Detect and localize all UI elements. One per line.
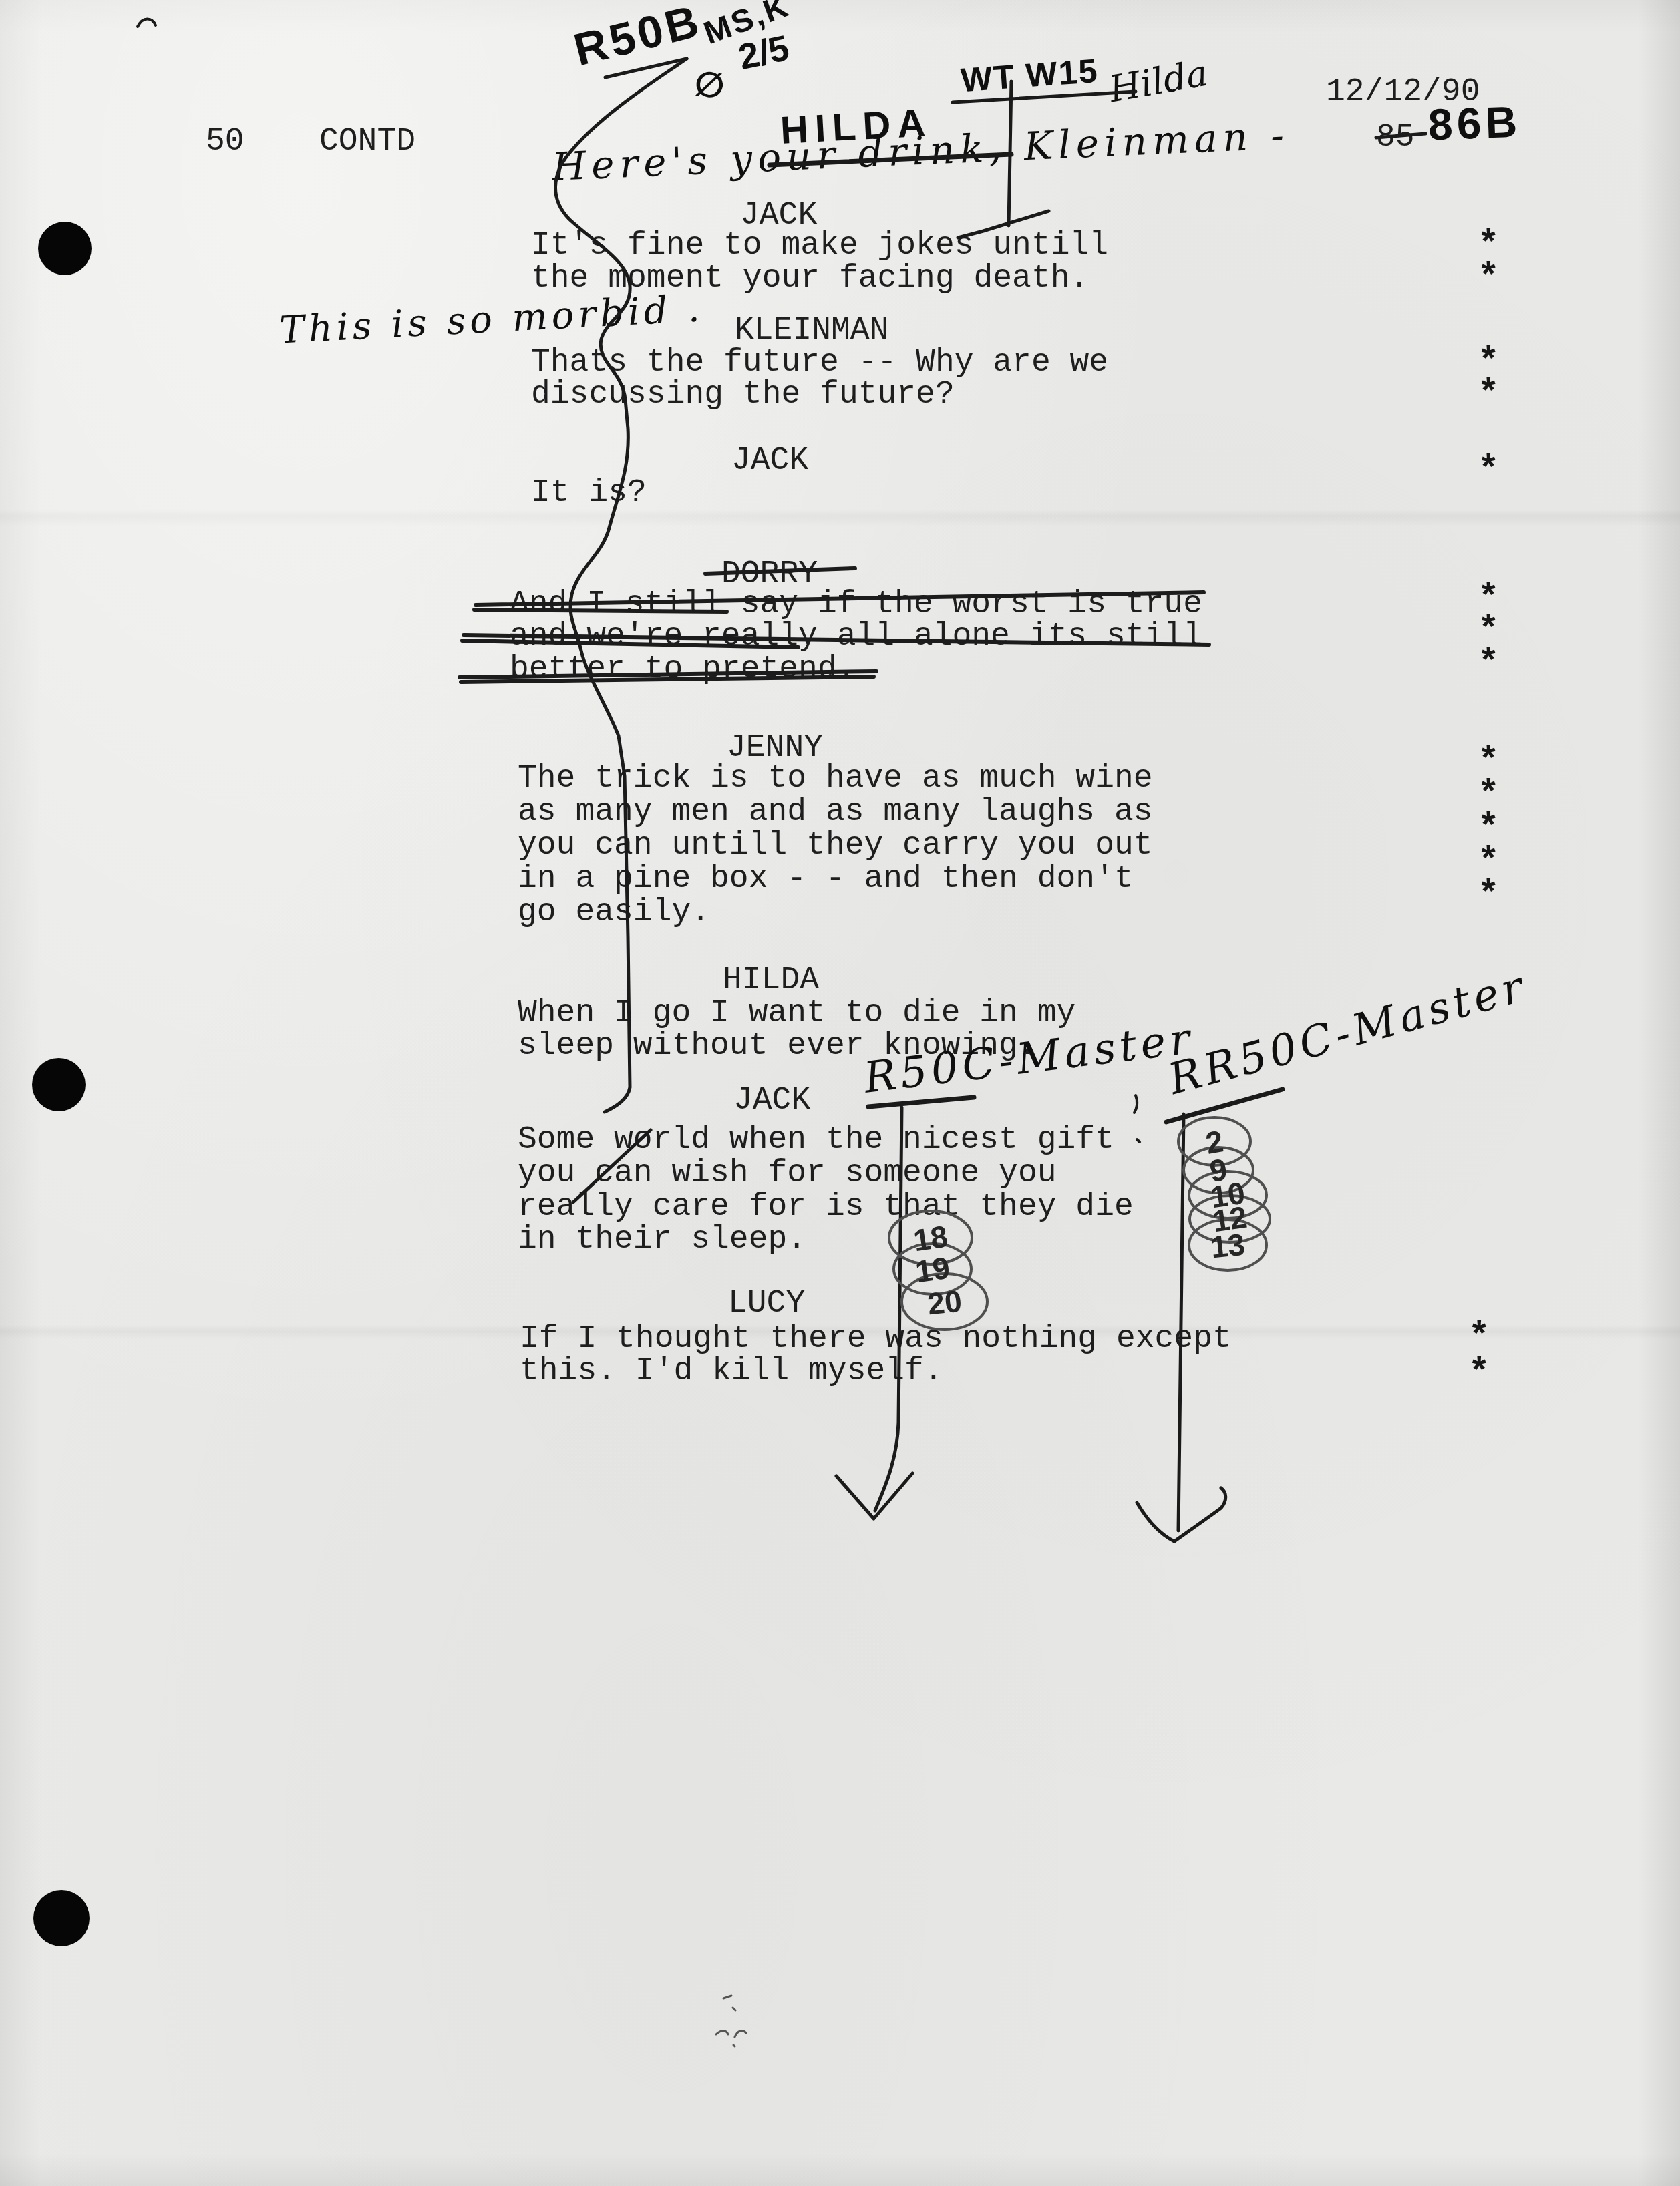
hilda-cursive-note: Hilda (1106, 52, 1211, 111)
hole-punch (33, 1890, 90, 1946)
dialogue-line: go easily. (518, 896, 710, 929)
revision-asterisk: * (1468, 1320, 1490, 1356)
stray-mark (138, 19, 156, 27)
dialogue-line: When I go I want to die in my (518, 997, 1075, 1030)
dialogue-line-struck: and we're really all alone its still (510, 620, 1202, 653)
character-heading: LUCY (728, 1288, 805, 1320)
rr50c-take-arrowhead (1174, 1488, 1226, 1541)
character-heading: JACK (733, 1085, 810, 1117)
serpentine-cut-line (555, 59, 687, 1112)
dialogue-line-struck: better to pretend. (510, 653, 856, 686)
take-number-circle (1184, 1147, 1253, 1193)
r50c-take-arrowhead (836, 1473, 912, 1519)
dialogue-line: It is? (531, 477, 647, 510)
dialogue-line: in a pine box - - and then don't (518, 863, 1134, 896)
stray-tick (1137, 1139, 1140, 1142)
dialogue-line: It's fine to make jokes untill (531, 230, 1108, 262)
wt-w15-note: WT W15 (959, 51, 1100, 100)
camera-setup-note-r50b: R50B (568, 0, 707, 76)
script-page: 50 CONTD 12/12/90 85 86B JACK It's fine … (0, 0, 1680, 2186)
revision-asterisk: * (1478, 260, 1499, 297)
take-number-circle (1189, 1171, 1267, 1218)
ink-speck (723, 1996, 731, 1998)
dialogue-line: the moment your facing death. (531, 262, 1089, 295)
revision-asterisk: * (1478, 453, 1499, 489)
stray-tick (1134, 1095, 1137, 1113)
contd-label: CONTD (319, 126, 415, 158)
scene-number: 50 (206, 126, 244, 158)
dialogue-line: you can untill they carry you out (518, 830, 1153, 862)
dialogue-line: this. I'd kill myself. (520, 1355, 943, 1388)
take-number: 12 (1210, 1200, 1249, 1239)
dialogue-line: The trick is to have as much wine (518, 763, 1153, 795)
revision-asterisk: * (1478, 646, 1499, 682)
dialogue-line: Thats the future -- Why are we (531, 347, 1108, 379)
character-heading: KLEINMAN (735, 315, 888, 347)
take-number: 13 (1209, 1226, 1246, 1264)
dialogue-line: as many men and as many laughs as (518, 796, 1153, 829)
rr50c-master-note: RR50C-Master (1164, 962, 1532, 1105)
character-heading: JACK (731, 445, 808, 478)
character-heading: HILDA (723, 964, 819, 997)
take-number-circle (1190, 1196, 1270, 1242)
null-symbol-note: ∅ (692, 63, 727, 108)
dialogue-line: in their sleep. (518, 1224, 806, 1256)
dialogue-line: discussing the future? (531, 379, 955, 411)
revision-asterisk: * (1478, 377, 1499, 413)
dialogue-line: you can wish for someone you (518, 1157, 1057, 1190)
ink-speck (733, 2045, 735, 2046)
hole-punch (38, 222, 92, 275)
hole-punch (32, 1058, 86, 1111)
take-number: 20 (926, 1283, 963, 1321)
page-number-handwritten: 86B (1427, 96, 1522, 150)
page-number-struck: 85 (1376, 122, 1415, 154)
revision-asterisk: * (1468, 1356, 1490, 1392)
take-number: 2 (1203, 1123, 1226, 1161)
take-number-circle (1178, 1117, 1250, 1165)
character-heading: JENNY (727, 732, 823, 765)
ink-speck (716, 2031, 728, 2034)
dialogue-line: Some world when the nicest gift (518, 1124, 1114, 1157)
dialogue-line-struck: And I still say if the worst is true (510, 588, 1202, 621)
take-number-circle (1189, 1220, 1267, 1270)
take-number: 9 (1208, 1151, 1230, 1188)
take-number-circle (894, 1244, 971, 1294)
dialogue-line: really care for is that they die (518, 1191, 1134, 1224)
morbid-note: This is so morbid . (279, 287, 705, 352)
ink-speck (733, 2008, 735, 2010)
take-number: 10 (1208, 1175, 1247, 1215)
revision-asterisk: * (1478, 878, 1499, 914)
take-number: 19 (913, 1250, 952, 1290)
ink-speck (735, 2031, 746, 2037)
dialogue-line: If I thought there was nothing except (520, 1323, 1232, 1356)
rr50c-take-arrowhead (1137, 1503, 1174, 1541)
